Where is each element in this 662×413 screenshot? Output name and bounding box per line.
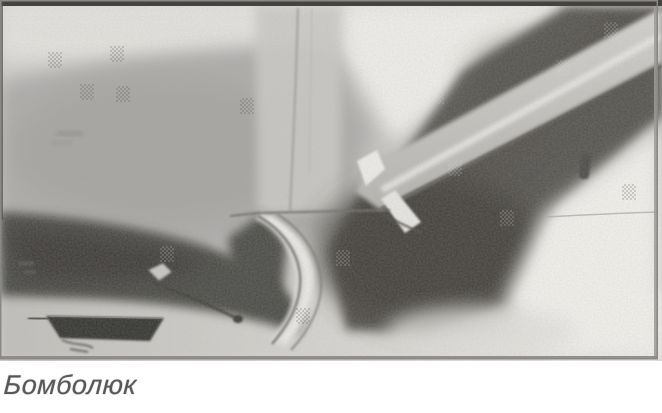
bomb-bay-photo-art [0, 0, 662, 361]
scanned-page: Бомболюк [0, 0, 662, 413]
photo-caption: Бомболюк [3, 372, 662, 399]
photo-figure: Бомболюк [0, 0, 662, 399]
grain-overlay [0, 0, 662, 361]
bomb-bay-photo [0, 0, 662, 361]
